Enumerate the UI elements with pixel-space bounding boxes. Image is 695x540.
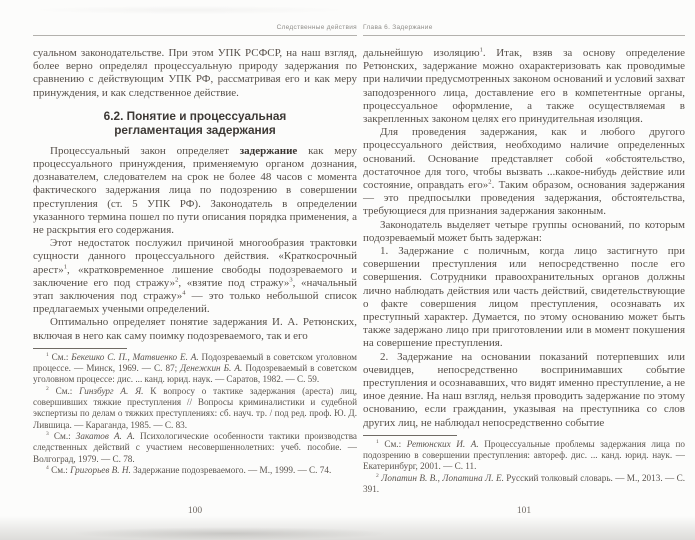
section-heading-line1: 6.2. Понятие и процессуальная (104, 109, 287, 123)
book-scan: Следственные действия суальном законодат… (0, 0, 695, 540)
header-rule-left (33, 35, 357, 36)
page-left: Следственные действия суальном законодат… (33, 24, 357, 522)
footnote: 1 См.: Бекешко С. П., Матвиенко Е. А. По… (33, 352, 357, 386)
footnote-block-left: 1 См.: Бекешко С. П., Матвиенко Е. А. По… (33, 348, 357, 476)
page-right: Глава 6. Задержание дальнейшую изоляцию1… (363, 24, 685, 522)
page-number-right: 101 (363, 506, 685, 516)
page-shadow-top (40, 6, 340, 14)
section-heading: 6.2. Понятие и процессуальная регламента… (33, 109, 357, 138)
header-rule-right (363, 35, 685, 36)
paragraph: 1. Задержание с поличным, когда лицо зас… (363, 245, 685, 351)
paragraph: 2. Задержание на основании показаний пот… (363, 351, 685, 430)
footnote: 2 См.: Гинзбург А. Я. К вопросу о тактик… (33, 386, 357, 431)
paragraph: Этот недостаток послужил причиной многоо… (33, 237, 357, 316)
paragraph-continuation: суальном законодательстве. При этом УПК … (33, 47, 357, 100)
paragraph: Оптимально определяет понятие задержания… (33, 316, 357, 342)
right-body-text: дальнейшую изоляцию1. Итак, взяв за осно… (363, 47, 685, 430)
running-head-right: Глава 6. Задержание (363, 24, 685, 32)
running-head-left: Следственные действия (33, 24, 357, 32)
footnote-rule-left (33, 348, 127, 349)
footnotes-left: 1 См.: Бекешко С. П., Матвиенко Е. А. По… (33, 352, 357, 476)
footnote: 3 См.: Закатов А. А. Психологические осо… (33, 431, 357, 465)
page-number-left: 100 (33, 506, 357, 516)
footnote: 4 См.: Григорьев В. Н. Задержание подозр… (33, 465, 357, 476)
footnote: 2 Лопатин В. В., Лопатина Л. Е. Русский … (363, 473, 685, 496)
paragraph: Законодатель выделяет четыре группы осно… (363, 219, 685, 245)
section-heading-line2: регламентация задержания (114, 123, 276, 137)
paragraph: Процессуальный закон определяет задержан… (33, 145, 357, 237)
left-body-text: суальном законодательстве. При этом УПК … (33, 47, 357, 343)
paragraph: Для проведения задержания, как и любого … (363, 126, 685, 218)
footnote: 1 См.: Ретюнских И. А. Процессуальные пр… (363, 439, 685, 473)
footnote-block-right: 1 См.: Ретюнских И. А. Процессуальные пр… (363, 435, 685, 495)
footnote-rule-right (363, 435, 457, 436)
paragraph-continuation: дальнейшую изоляцию1. Итак, взяв за осно… (363, 47, 685, 126)
footnotes-right: 1 См.: Ретюнских И. А. Процессуальные пр… (363, 439, 685, 495)
